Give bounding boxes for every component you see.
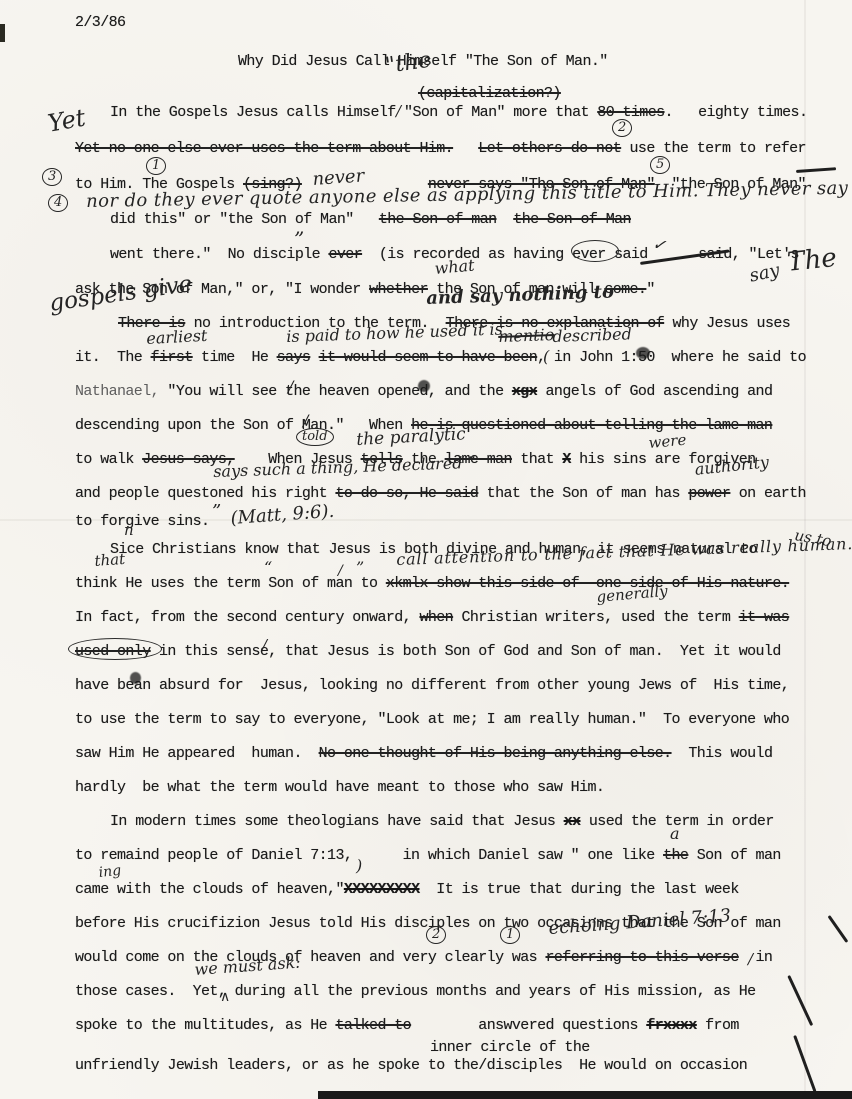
typed-text: angels of God ascending and (537, 383, 772, 400)
struck-text: power (688, 485, 730, 502)
struck-text: when (419, 609, 453, 626)
struck-text: the (663, 847, 688, 864)
typed-text: In the Gospels Jesus calls Himself "Son … (110, 104, 597, 121)
handwritten-mark: ” (356, 560, 364, 576)
handwritten-struck-note: mentio (498, 327, 555, 345)
paper-crease-horizontal (0, 519, 852, 521)
struck-text: the Son of Man (513, 211, 631, 228)
typed-line: spoke to the multitudes, as He talked to… (75, 1016, 739, 1035)
typed-text: It is true that during the last week (419, 881, 738, 898)
circled-annotation: 1 (500, 926, 520, 944)
circled-annotation: 2 (426, 926, 446, 944)
struck-text: referring to this verse (545, 949, 738, 966)
handwritten-note: a (670, 826, 680, 842)
typed-text: use the term to refer (621, 140, 806, 157)
struck-text: talked to (335, 1017, 411, 1034)
typed-text: those cases. Yet, during all the previou… (75, 983, 756, 1000)
handwritten-note: generally (596, 584, 668, 605)
typed-text: to forgive sins. (75, 513, 209, 530)
handwritten-note: described (552, 326, 632, 345)
pen-stroke (788, 975, 814, 1026)
struck-text: (capitalization?) (418, 85, 561, 102)
typed-text: to remaind people of Daniel 7:13, in whi… (75, 847, 663, 864)
typed-text: to walk (75, 451, 142, 468)
typed-line: used only in this sense, that Jesus is b… (75, 642, 781, 661)
handwritten-note: authority (694, 454, 770, 478)
typed-text: why Jesus uses (664, 315, 790, 332)
typed-text: in (739, 949, 773, 966)
typed-text: came with the clouds of heaven," (75, 881, 344, 898)
typed-text: to use the term to say to everyone, "Loo… (75, 711, 789, 728)
circled-annotation: 1 (146, 157, 166, 175)
struck-text: xkmlx show this side of one side of His … (386, 575, 789, 592)
typed-text: In modern times some theologians have sa… (110, 813, 564, 830)
typed-line: unfriendly Jewish leaders, or as he spok… (75, 1056, 747, 1075)
typed-line: came with the clouds of heaven,"XXXXXXXX… (75, 880, 739, 899)
circled-annotation: 4 (48, 194, 68, 212)
handwritten-note: (Matt, 9:6). (230, 503, 335, 528)
handwritten-note: The (786, 245, 838, 276)
handwritten-note: Yet (46, 105, 87, 135)
circle-mark (571, 240, 619, 262)
handwritten-mark: ) (356, 858, 362, 874)
typed-text: hardly be what the term would have meant… (75, 779, 604, 796)
circled-annotation: 5 (650, 156, 670, 174)
handwritten-mark: / (338, 564, 343, 578)
typed-text (497, 211, 514, 228)
circled-annotation: told (296, 428, 334, 446)
typed-text: answvered questions (411, 1017, 646, 1034)
handwritten-note: "the (384, 50, 433, 78)
struck-text: No one thought of His being anything els… (319, 745, 672, 762)
struck-text: ever (328, 246, 362, 263)
typed-text: it. The (75, 349, 151, 366)
typed-text: Nathanael, (75, 383, 167, 400)
struck-text: the Son of man (379, 211, 497, 228)
typed-text: unfriendly Jewish leaders, or as he spok… (75, 1057, 747, 1074)
handwritten-mark: / (303, 413, 308, 429)
struck-text: Let others do not (478, 140, 621, 157)
handwritten-mark: ∧ (220, 990, 230, 1004)
typed-line: to forgive sins. (75, 512, 209, 531)
typed-text (310, 349, 318, 366)
pen-stroke (796, 167, 836, 172)
circled-annotation: 3 (42, 168, 62, 186)
struck-text: to do so, He said (335, 485, 478, 502)
typed-text: on earth (730, 485, 806, 502)
struck-text: xx (564, 813, 581, 830)
paper-crease-vertical (804, 0, 806, 1099)
handwritten-mark: / (748, 952, 753, 967)
typed-line: Yet no one else ever uses the term about… (75, 139, 806, 158)
typed-text: Christian writers, used the term (453, 609, 739, 626)
handwritten-note: the paralytic (356, 426, 466, 449)
handwritten-note: earliest (146, 328, 208, 347)
ink-blot (418, 380, 430, 392)
typed-line: In the Gospels Jesus calls Himself "Son … (110, 103, 807, 122)
struck-text: it was (739, 609, 789, 626)
ink-blot (130, 672, 141, 684)
struck-text: X (562, 451, 570, 468)
typed-line: would come on the clouds of heaven and v… (75, 948, 772, 967)
typed-text: " (646, 281, 654, 298)
handwritten-note: we must ask: (194, 955, 301, 978)
pen-stroke (828, 915, 848, 943)
handwritten-mark: ( (543, 349, 549, 365)
typed-text (354, 211, 379, 228)
typed-text: would come on the clouds of heaven and v… (75, 949, 545, 966)
handwritten-note: say (748, 262, 781, 286)
ink-blot (636, 347, 650, 359)
typed-text: from (697, 1017, 739, 1034)
typed-line: saw Him He appeared human. No one though… (75, 744, 772, 763)
handwritten-note: what (434, 258, 475, 277)
handwritten-note: n (124, 523, 134, 538)
typed-line: think He uses the term Son of man to xkm… (75, 574, 789, 593)
struck-text: 80 times (597, 104, 664, 121)
scan-artifact-bar (318, 1091, 852, 1099)
struck-text: Yet no one else ever uses the term about… (75, 140, 453, 157)
handwritten-note: were (648, 433, 687, 451)
typed-text: In fact, from the second century onward, (75, 609, 419, 626)
typed-text: that (512, 451, 562, 468)
struck-text: XXXXXXXXX (344, 881, 420, 898)
struck-text: whether (369, 281, 428, 298)
struck-text: frxxxx (646, 1017, 696, 1034)
handwritten-note: that (94, 552, 126, 569)
typed-line: hardly be what the term would have meant… (75, 778, 604, 797)
struck-text: says (277, 349, 311, 366)
manuscript-page: 2/3/86 Why Did Jesus Call Himself "The S… (0, 0, 852, 1099)
circle-mark (68, 638, 162, 660)
typed-line: those cases. Yet, during all the previou… (75, 982, 756, 1001)
typed-line: In fact, from the second century onward,… (75, 608, 789, 627)
handwritten-note: ” (294, 229, 304, 249)
typed-text: , in John 1:50 where he said to (537, 349, 806, 366)
typed-text: Son of man (688, 847, 780, 864)
typed-text: "You will see the heaven opened, and the (167, 383, 511, 400)
struck-text: xgx (512, 383, 537, 400)
handwritten-mark: / (288, 379, 293, 395)
typed-line: did this" or "the Son of Man" the Son of… (110, 210, 631, 229)
struck-text: it would seem to have been (319, 349, 537, 366)
typed-line: and people questoned his right to do so,… (75, 484, 806, 503)
typed-text: time He (193, 349, 277, 366)
handwritten-mark: / (396, 104, 401, 119)
typed-line: (capitalization?) (418, 84, 561, 103)
circled-annotation: 2 (612, 119, 632, 137)
page-date: 2/3/86 (75, 13, 125, 32)
typed-text: inner circle of the (430, 1039, 590, 1056)
scan-edge-mark (0, 24, 5, 42)
handwritten-note: ing (98, 864, 122, 880)
typed-text (453, 140, 478, 157)
typed-line: to use the term to say to everyone, "Loo… (75, 710, 789, 729)
handwritten-note: is paid to how he used it is (286, 321, 503, 345)
typed-text: that the Son of man has (478, 485, 688, 502)
handwritten-mark: “ (264, 560, 272, 576)
typed-line: inner circle of the (430, 1038, 590, 1057)
handwritten-note: echoing Daniel 7:13 (548, 907, 732, 938)
typed-text: saw Him He appeared human. (75, 745, 319, 762)
typed-text: in this sense, that Jesus is both Son of… (151, 643, 781, 660)
handwritten-note: and say nothing to (426, 283, 614, 308)
typed-text: and people questoned his right (75, 485, 335, 502)
handwritten-note: ✓ (651, 236, 667, 254)
typed-line: to remaind people of Daniel 7:13, in whi… (75, 846, 781, 865)
struck-text: first (151, 349, 193, 366)
typed-text: This would (672, 745, 773, 762)
typed-text: have bean absurd for Jesus, looking no d… (75, 677, 789, 694)
typed-text: . eighty times. (665, 104, 808, 121)
typed-text: did this" or "the Son of Man" (110, 211, 354, 228)
handwritten-mark: / (262, 638, 267, 653)
typed-line: have bean absurd for Jesus, looking no d… (75, 676, 789, 695)
typed-line: it. The first time He says it would seem… (75, 348, 806, 367)
typed-text: spoke to the multitudes, as He (75, 1017, 335, 1034)
